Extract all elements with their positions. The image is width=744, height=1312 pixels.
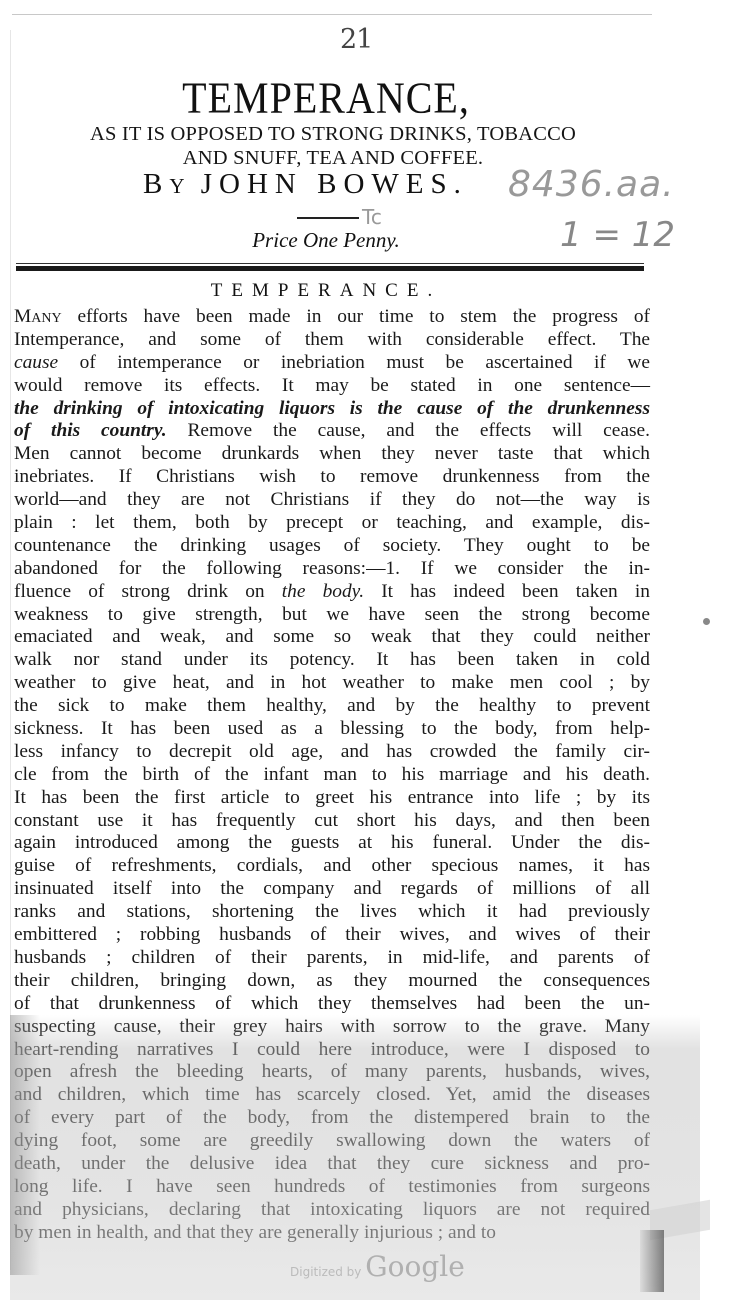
text-segment: cause [14,352,58,373]
subtitle-line: AS IT IS OPPOSED TO STRONG DRINKS, TOBAC… [14,122,652,146]
text-segment: world—and they are not Christians if the… [14,489,650,510]
text-segment: plain : let them, both by precept or tea… [14,512,650,533]
byline-prefix-rest: Y [169,174,186,198]
text-segment: weather to give heat, and in hot weather… [14,672,650,693]
text-segment: the sick to make them healthy, and by th… [14,695,650,716]
text-line: their children, bringing down, as they m… [14,970,650,993]
byline-prefix-initial: B [143,168,169,200]
text-segment: Remove the cause, and the effects will c… [167,420,650,441]
text-segment: weakness to give strength, but we have s… [14,604,650,625]
text-segment: embittered ; robbing husbands of their w… [14,924,650,945]
text-line: guise of refreshments, cordials, and oth… [14,855,650,878]
text-line: cle from the birth of the infant man to … [14,764,650,787]
watermark-brand: Google [365,1250,465,1283]
text-segment: efforts have been made in our time to st… [62,306,650,327]
text-line: inebriates. If Christians wish to remove… [14,466,650,489]
text-segment: of this country. [14,420,167,441]
text-segment: It has been the first article to greet h… [14,787,650,808]
text-line: Intemperance, and some of them with cons… [14,329,650,352]
document-title: TEMPERANCE, [0,72,652,124]
text-line: plain : let them, both by precept or tea… [14,512,650,535]
page-corner-shadow [640,1230,664,1292]
author-name: JOHN BOWES. [201,168,468,200]
text-segment: Men cannot become drunkards when they ne… [14,443,650,464]
text-segment: sickness. It has been used as a blessing… [14,718,650,739]
text-line: husbands ; children of their parents, in… [14,947,650,970]
text-line: fluence of strong drink on the body. It … [14,581,650,604]
header-rule-thin [16,263,644,264]
handwritten-page-number: 21 [340,24,372,55]
price-line: Price One Penny. [0,228,652,253]
text-line: It has been the first article to greet h… [14,787,650,810]
text-line: Men cannot become drunkards when they ne… [14,443,650,466]
scanned-page: 21 TEMPERANCE, AS IT IS OPPOSED TO STRON… [0,0,744,1312]
text-line: weather to give heat, and in hot weather… [14,672,650,695]
text-segment: would remove its effects. It may be stat… [14,375,650,396]
text-line: again introduced among the guests at his… [14,832,650,855]
text-segment: insinuated itself into the company and r… [14,878,650,899]
text-line: the sick to make them healthy, and by th… [14,695,650,718]
text-line: of this country. Remove the cause, and t… [14,420,650,443]
text-line: abandoned for the following reasons:—1. … [14,558,650,581]
text-line: weakness to give strength, but we have s… [14,604,650,627]
text-line: ranks and stations, shortening the lives… [14,901,650,924]
text-line: walk nor stand under its potency. It has… [14,649,650,672]
text-segment: inebriates. If Christians wish to remove… [14,466,650,487]
text-segment: ranks and stations, shortening the lives… [14,901,650,922]
text-line: world—and they are not Christians if the… [14,489,650,512]
text-line: of that drunkenness of which they themse… [14,993,650,1016]
page-top-edge [12,14,652,15]
section-heading: TEMPERANCE. [0,280,652,302]
handwritten-catalog-mark: 8436.aa. [508,164,675,205]
text-segment: Many [14,306,62,327]
text-segment: of intemperance or inebriation must be a… [58,352,650,373]
text-line: the drinking of intoxicating liquors is … [14,398,650,421]
text-segment: guise of refreshments, cordials, and oth… [14,855,650,876]
text-segment: constant use it has frequently cut short… [14,810,650,831]
text-segment: It has indeed been taken in [364,581,650,602]
text-segment: less infancy to decrepit old age, and ha… [14,741,650,762]
text-line: embittered ; robbing husbands of their w… [14,924,650,947]
digitization-watermark: Digitized by Google [290,1250,465,1283]
text-segment: the body. [282,581,364,602]
text-segment: cle from the birth of the infant man to … [14,764,650,785]
watermark-prefix: Digitized by [290,1265,361,1279]
text-line: sickness. It has been used as a blessing… [14,718,650,741]
handwritten-small-mark: Tc [362,205,382,229]
text-segment: again introduced among the guests at his… [14,832,650,853]
text-segment: abandoned for the following reasons:—1. … [14,558,650,579]
text-segment: of that drunkenness of which they themse… [14,993,650,1014]
text-line: constant use it has frequently cut short… [14,810,650,833]
text-line: countenance the drinking usages of socie… [14,535,650,558]
text-segment: Intemperance, and some of them with cons… [14,329,650,350]
author-byline: BY JOHN BOWES. [143,168,468,201]
text-segment: their children, bringing down, as they m… [14,970,650,991]
header-rule-thick [16,266,644,271]
text-line: cause of intemperance or inebriation mus… [14,352,650,375]
text-line: emaciated and weak, and some so weak tha… [14,626,650,649]
page-shadow-left [10,1015,40,1275]
text-segment: walk nor stand under its potency. It has… [14,649,650,670]
text-line: insinuated itself into the company and r… [14,878,650,901]
text-segment: emaciated and weak, and some so weak tha… [14,626,650,647]
text-segment: fluence of strong drink on [14,581,282,602]
text-line: less infancy to decrepit old age, and ha… [14,741,650,764]
text-segment: countenance the drinking usages of socie… [14,535,650,556]
text-segment: the drinking of intoxicating liquors is … [14,398,650,419]
short-divider [297,217,359,219]
text-line: would remove its effects. It may be stat… [14,375,650,398]
text-line: Many efforts have been made in our time … [14,306,650,329]
margin-dot-mark [703,618,710,625]
text-segment: husbands ; children of their parents, in… [14,947,650,968]
document-subtitle: AS IT IS OPPOSED TO STRONG DRINKS, TOBAC… [14,122,652,170]
